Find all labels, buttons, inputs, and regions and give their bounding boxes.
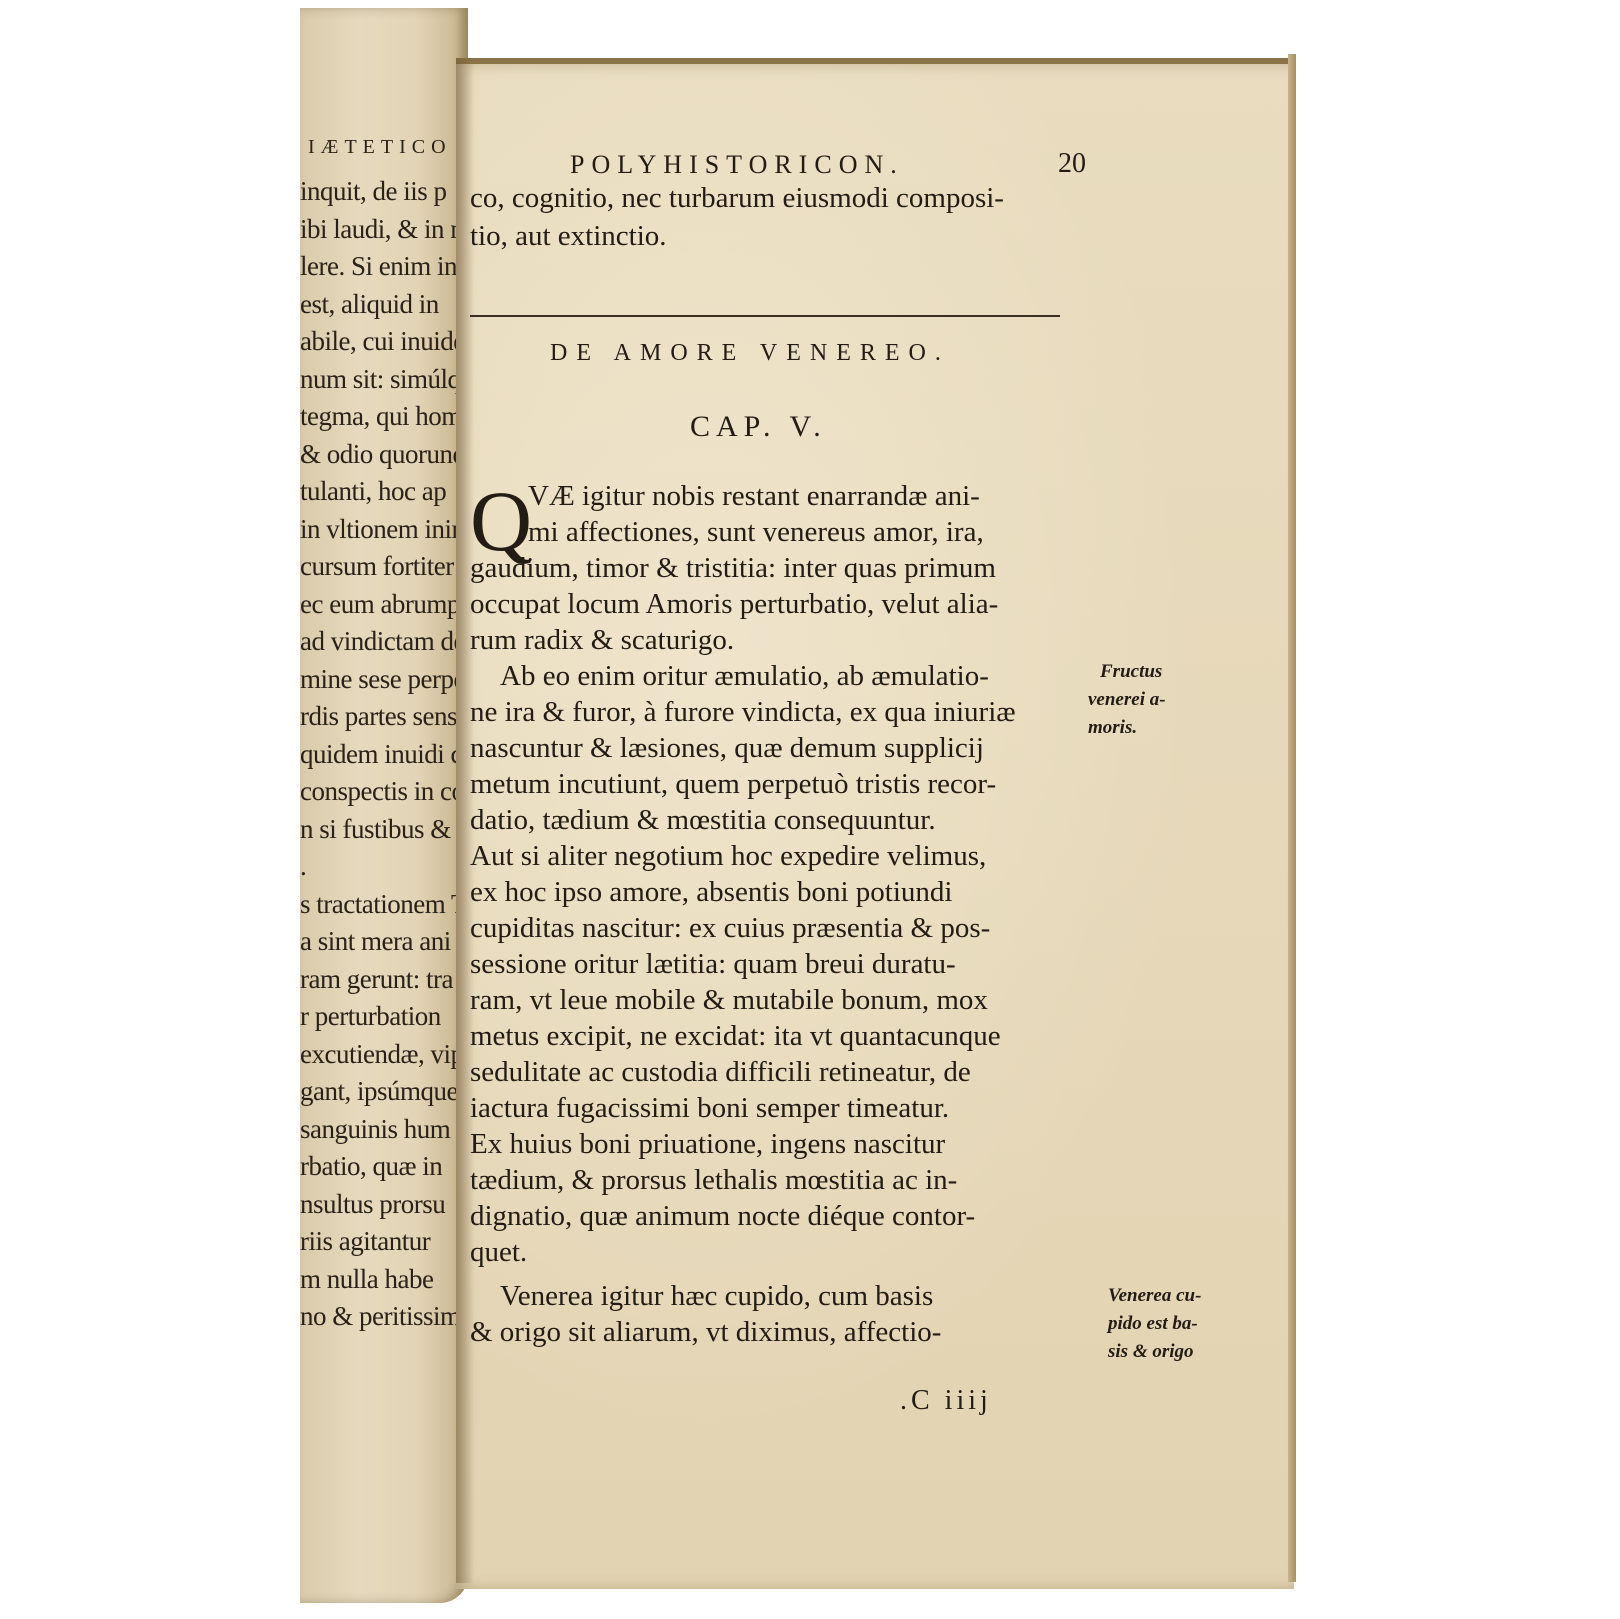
left-line: s tractationem T bbox=[300, 886, 468, 924]
left-line: mine sese perpe bbox=[300, 661, 468, 699]
marginal-note: Venerea cu- pido est ba- sis & origo bbox=[1108, 1282, 1201, 1366]
left-line: r perturbation bbox=[300, 998, 468, 1036]
text-line: nascuntur & læsiones, quæ demum supplici… bbox=[470, 730, 984, 766]
left-line: ibi laudi, & in m bbox=[300, 211, 468, 249]
left-line: in vltionem inim bbox=[300, 511, 468, 549]
left-page: IÆTETICO inquit, de iis p ibi laudi, & i… bbox=[300, 8, 468, 1603]
text-line: datio, tædium & mœstitia consequuntur. bbox=[470, 802, 936, 838]
text-line: & origo sit aliarum, vt diximus, affecti… bbox=[470, 1314, 941, 1350]
signature-mark: .C iiij bbox=[900, 1385, 992, 1417]
text-line: sedulitate ac custodia difficili retinea… bbox=[470, 1054, 971, 1090]
left-line: excutiendæ, vip bbox=[300, 1036, 468, 1074]
marginal-note: Fructus venerei a- moris. bbox=[1100, 658, 1166, 742]
left-page-text: inquit, de iis p ibi laudi, & in m lere.… bbox=[300, 173, 468, 1336]
opening-line: co, cognitio, nec turbarum eiusmodi comp… bbox=[470, 182, 1004, 215]
text-line: ne ira & furor, à furore vindicta, ex qu… bbox=[470, 694, 1016, 730]
text-line: sessione oritur lætitia: quam breui dura… bbox=[470, 946, 956, 982]
left-line: ad vindictam de bbox=[300, 623, 468, 661]
left-line: no & peritissim bbox=[300, 1298, 468, 1336]
left-line: & odio quorund bbox=[300, 436, 468, 474]
left-line: . bbox=[300, 848, 468, 886]
left-line: sanguinis hum bbox=[300, 1111, 468, 1149]
marginal-note-line: moris. bbox=[1088, 714, 1166, 742]
left-line: inquit, de iis p bbox=[300, 173, 468, 211]
book-photo: IÆTETICO inquit, de iis p ibi laudi, & i… bbox=[0, 0, 1620, 1619]
marginal-note-line: sis & origo bbox=[1108, 1338, 1201, 1366]
left-line: riis agitantur bbox=[300, 1223, 468, 1261]
left-line: n si fustibus & ar bbox=[300, 811, 468, 849]
text-line: tædium, & prorsus lethalis mœstitia ac i… bbox=[470, 1162, 957, 1198]
left-line: cursum fortiter bbox=[300, 548, 468, 586]
left-line: a sint mera ani bbox=[300, 923, 468, 961]
text-line: cupiditas nascitur: ex cuius præsentia &… bbox=[470, 910, 990, 946]
page-number: 20 bbox=[1058, 148, 1086, 180]
page-edge bbox=[1288, 54, 1296, 1582]
opening-line: tio, aut extinctio. bbox=[470, 220, 667, 253]
left-line: conspectis in co bbox=[300, 773, 468, 811]
section-title: DE AMORE VENEREO. bbox=[550, 340, 950, 367]
text-line: rum radix & scaturigo. bbox=[470, 622, 734, 658]
left-running-head: IÆTETICO bbox=[308, 136, 452, 159]
running-head: POLYHISTORICON. bbox=[570, 150, 904, 180]
left-line: abile, cui inuide bbox=[300, 323, 468, 361]
left-line: gant, ipsúmque bbox=[300, 1073, 468, 1111]
left-line: nsultus prorsu bbox=[300, 1186, 468, 1224]
text-line: mi affectiones, sunt venereus amor, ira, bbox=[528, 514, 984, 550]
text-line: metus excipit, ne excidat: ita vt quanta… bbox=[470, 1018, 1001, 1054]
left-line: quidem inuidi c bbox=[300, 736, 468, 774]
text-line: ex hoc ipso amore, absentis boni potiund… bbox=[470, 874, 952, 910]
left-line: ec eum abrumpe bbox=[300, 586, 468, 624]
marginal-note-line: venerei a- bbox=[1088, 686, 1166, 714]
text-line: Ab eo enim oritur æmulatio, ab æmulatio- bbox=[500, 658, 989, 694]
marginal-note-line: Fructus bbox=[1100, 658, 1166, 686]
text-line: Aut si aliter negotium hoc expedire veli… bbox=[470, 838, 986, 874]
text-line: ram, vt leue mobile & mutabile bonum, mo… bbox=[470, 982, 988, 1018]
marginal-note-line: pido est ba- bbox=[1108, 1310, 1201, 1338]
left-line: tulanti, hoc ap bbox=[300, 473, 468, 511]
section-rule bbox=[470, 315, 1060, 317]
text-line: quet. bbox=[470, 1234, 527, 1270]
text-line: iactura fugacissimi boni semper timeatur… bbox=[470, 1090, 949, 1126]
text-line: gaudium, timor & tristitia: inter quas p… bbox=[470, 550, 996, 586]
left-line: m nulla habe bbox=[300, 1261, 468, 1299]
left-line: ram gerunt: tra bbox=[300, 961, 468, 999]
text-line: Venerea igitur hæc cupido, cum basis bbox=[500, 1278, 933, 1314]
left-line: tegma, qui hom bbox=[300, 398, 468, 436]
chapter-heading: CAP. V. bbox=[690, 410, 827, 444]
marginal-note-line: Venerea cu- bbox=[1108, 1282, 1201, 1310]
text-line: occupat locum Amoris perturbatio, velut … bbox=[470, 586, 998, 622]
left-line: lere. Si enim in bbox=[300, 248, 468, 286]
text-line: Ex huius boni priuatione, ingens nascitu… bbox=[470, 1126, 945, 1162]
text-line: VÆ igitur nobis restant enarrandæ ani- bbox=[528, 478, 980, 514]
left-line: est, aliquid in bbox=[300, 286, 468, 324]
text-line: metum incutiunt, quem perpetuò tristis r… bbox=[470, 766, 996, 802]
left-line: num sit: simúlque bbox=[300, 361, 468, 399]
left-line: rbatio, quæ in bbox=[300, 1148, 468, 1186]
text-line: dignatio, quæ animum nocte diéque contor… bbox=[470, 1198, 975, 1234]
left-line: rdis partes sensi bbox=[300, 698, 468, 736]
